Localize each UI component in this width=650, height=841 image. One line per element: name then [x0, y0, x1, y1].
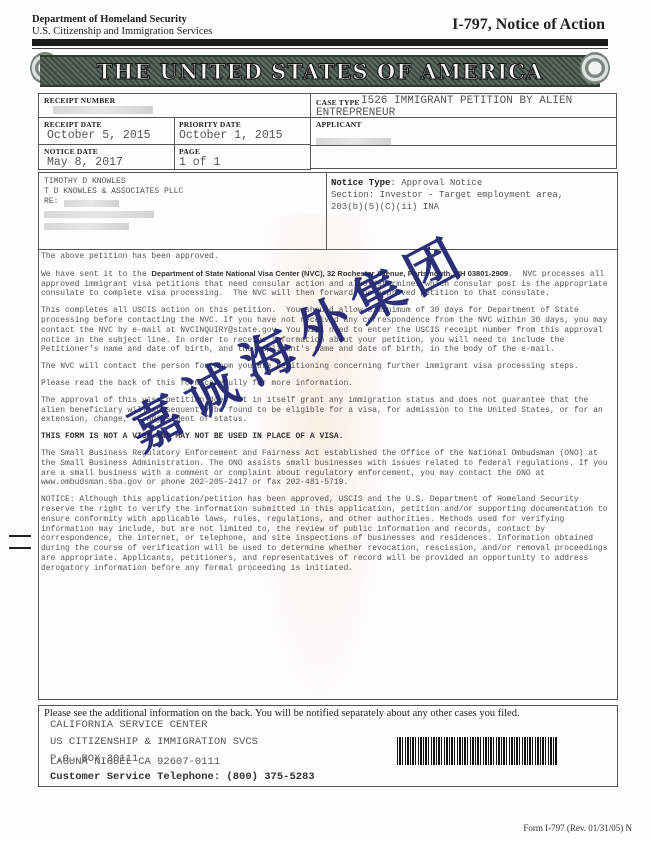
body-paragraph-1: The above petition has been approved.: [41, 252, 613, 262]
case-type-value-1: I526 IMMIGRANT PETITION BY ALIEN: [361, 95, 572, 107]
address-line-1: CALIFORNIA SERVICE CENTER: [50, 719, 208, 731]
page-label: PAGE: [179, 147, 200, 156]
body-paragraph-3: This completes all USCIS action on this …: [41, 306, 613, 355]
priority-date-box: PRIORITY DATE October 1, 2015: [174, 117, 311, 145]
priority-date-value: October 1, 2015: [179, 129, 283, 142]
body-paragraph-5: Please read the back of this form carefu…: [41, 379, 613, 389]
margin-mark-2: [9, 547, 31, 549]
us-banner: THE UNITED STATES OF AMERICA: [40, 55, 600, 87]
applicant-box: APPLICANT: [310, 117, 617, 169]
nvc-address: Department of State National Visa Center…: [151, 269, 508, 278]
re-redacted-3: [44, 223, 129, 230]
case-type-box: CASE TYPE I526 IMMIGRANT PETITION BY ALI…: [310, 93, 617, 118]
form-title: I-797, Notice of Action: [452, 16, 605, 34]
addressee-line-2: T D KNOWLES & ASSOCIATES PLLC: [44, 187, 183, 197]
body-paragraph-notice: NOTICE: Although this application/petiti…: [41, 495, 613, 573]
address-line-2: US CITIZENSHIP & IMMIGRATION SVCS: [50, 736, 258, 748]
case-type-label: CASE TYPE: [316, 98, 360, 107]
notice-type-block: Notice Type: Approval Notice Section: In…: [331, 177, 563, 213]
margin-mark-1: [9, 535, 31, 537]
applicant-divider: [310, 145, 617, 146]
notice-section-2: 203(b)(5)(C)(ii) INA: [331, 201, 563, 213]
customer-service-phone: Customer Service Telephone: (800) 375-52…: [50, 771, 315, 783]
receipt-number-label: RECEIPT NUMBER: [44, 96, 115, 105]
page-box: PAGE 1 of 1: [174, 144, 311, 170]
addressee-notice-box: TIMOTHY D KNOWLES T D KNOWLES & ASSOCIAT…: [38, 172, 618, 250]
body-paragraph-4: The NVC will contact the person for whom…: [41, 362, 613, 372]
form-revision: Form I-797 (Rev. 01/31/05) N: [523, 823, 632, 833]
back-info-note: Please see the additional information on…: [44, 708, 520, 719]
not-a-visa-warning: THIS FORM IS NOT A VISA AND MAY NOT BE U…: [41, 432, 613, 442]
notice-section-1: Section: Investor - Target employment ar…: [331, 189, 563, 201]
notice-date-label: NOTICE DATE: [44, 147, 98, 156]
header-rule-thick: [32, 39, 608, 46]
agency-line-2: U.S. Citizenship and Immigration Service…: [32, 26, 212, 38]
page-value: 1 of 1: [179, 156, 220, 169]
body-paragraph-ombudsman: The Small Business Regulatory Enforcemen…: [41, 449, 613, 488]
receipt-date-value: October 5, 2015: [47, 129, 151, 142]
receipt-number-box: RECEIPT NUMBER: [38, 93, 311, 118]
notice-body: The above petition has been approved. We…: [41, 252, 613, 581]
notice-type-value: : Approval Notice: [390, 178, 482, 188]
addressee-divider: [326, 173, 327, 249]
agency-line-1: Department of Homeland Security: [32, 14, 212, 26]
notice-date-value: May 8, 2017: [47, 156, 123, 169]
address-line-4: LAGUNA NIGUEL CA 92607-0111: [50, 756, 220, 768]
body-paragraph-2: We have sent it to the Department of Sta…: [41, 269, 613, 299]
rosette-right-icon: [580, 52, 610, 84]
priority-date-label: PRIORITY DATE: [179, 120, 241, 129]
notice-type-label: Notice Type: [331, 178, 390, 188]
applicant-label: APPLICANT: [316, 120, 362, 129]
agency-header: Department of Homeland Security U.S. Cit…: [32, 14, 212, 38]
notice-date-box: NOTICE DATE May 8, 2017: [38, 144, 175, 170]
addressee-line-1: TIMOTHY D KNOWLES: [44, 177, 183, 187]
receipt-number-redacted: [53, 106, 153, 114]
barcode: [397, 737, 557, 765]
nvc-intro: We have sent it to the: [41, 270, 151, 279]
re-redacted-2: [44, 211, 154, 218]
re-redacted-1: [64, 200, 119, 207]
receipt-date-box: RECEIPT DATE October 5, 2015: [38, 117, 175, 145]
banner-text: THE UNITED STATES OF AMERICA: [97, 59, 544, 84]
header-rule-thin: [32, 48, 608, 49]
body-paragraph-6: The approval of this visa petition does …: [41, 396, 613, 425]
receipt-date-label: RECEIPT DATE: [44, 120, 102, 129]
